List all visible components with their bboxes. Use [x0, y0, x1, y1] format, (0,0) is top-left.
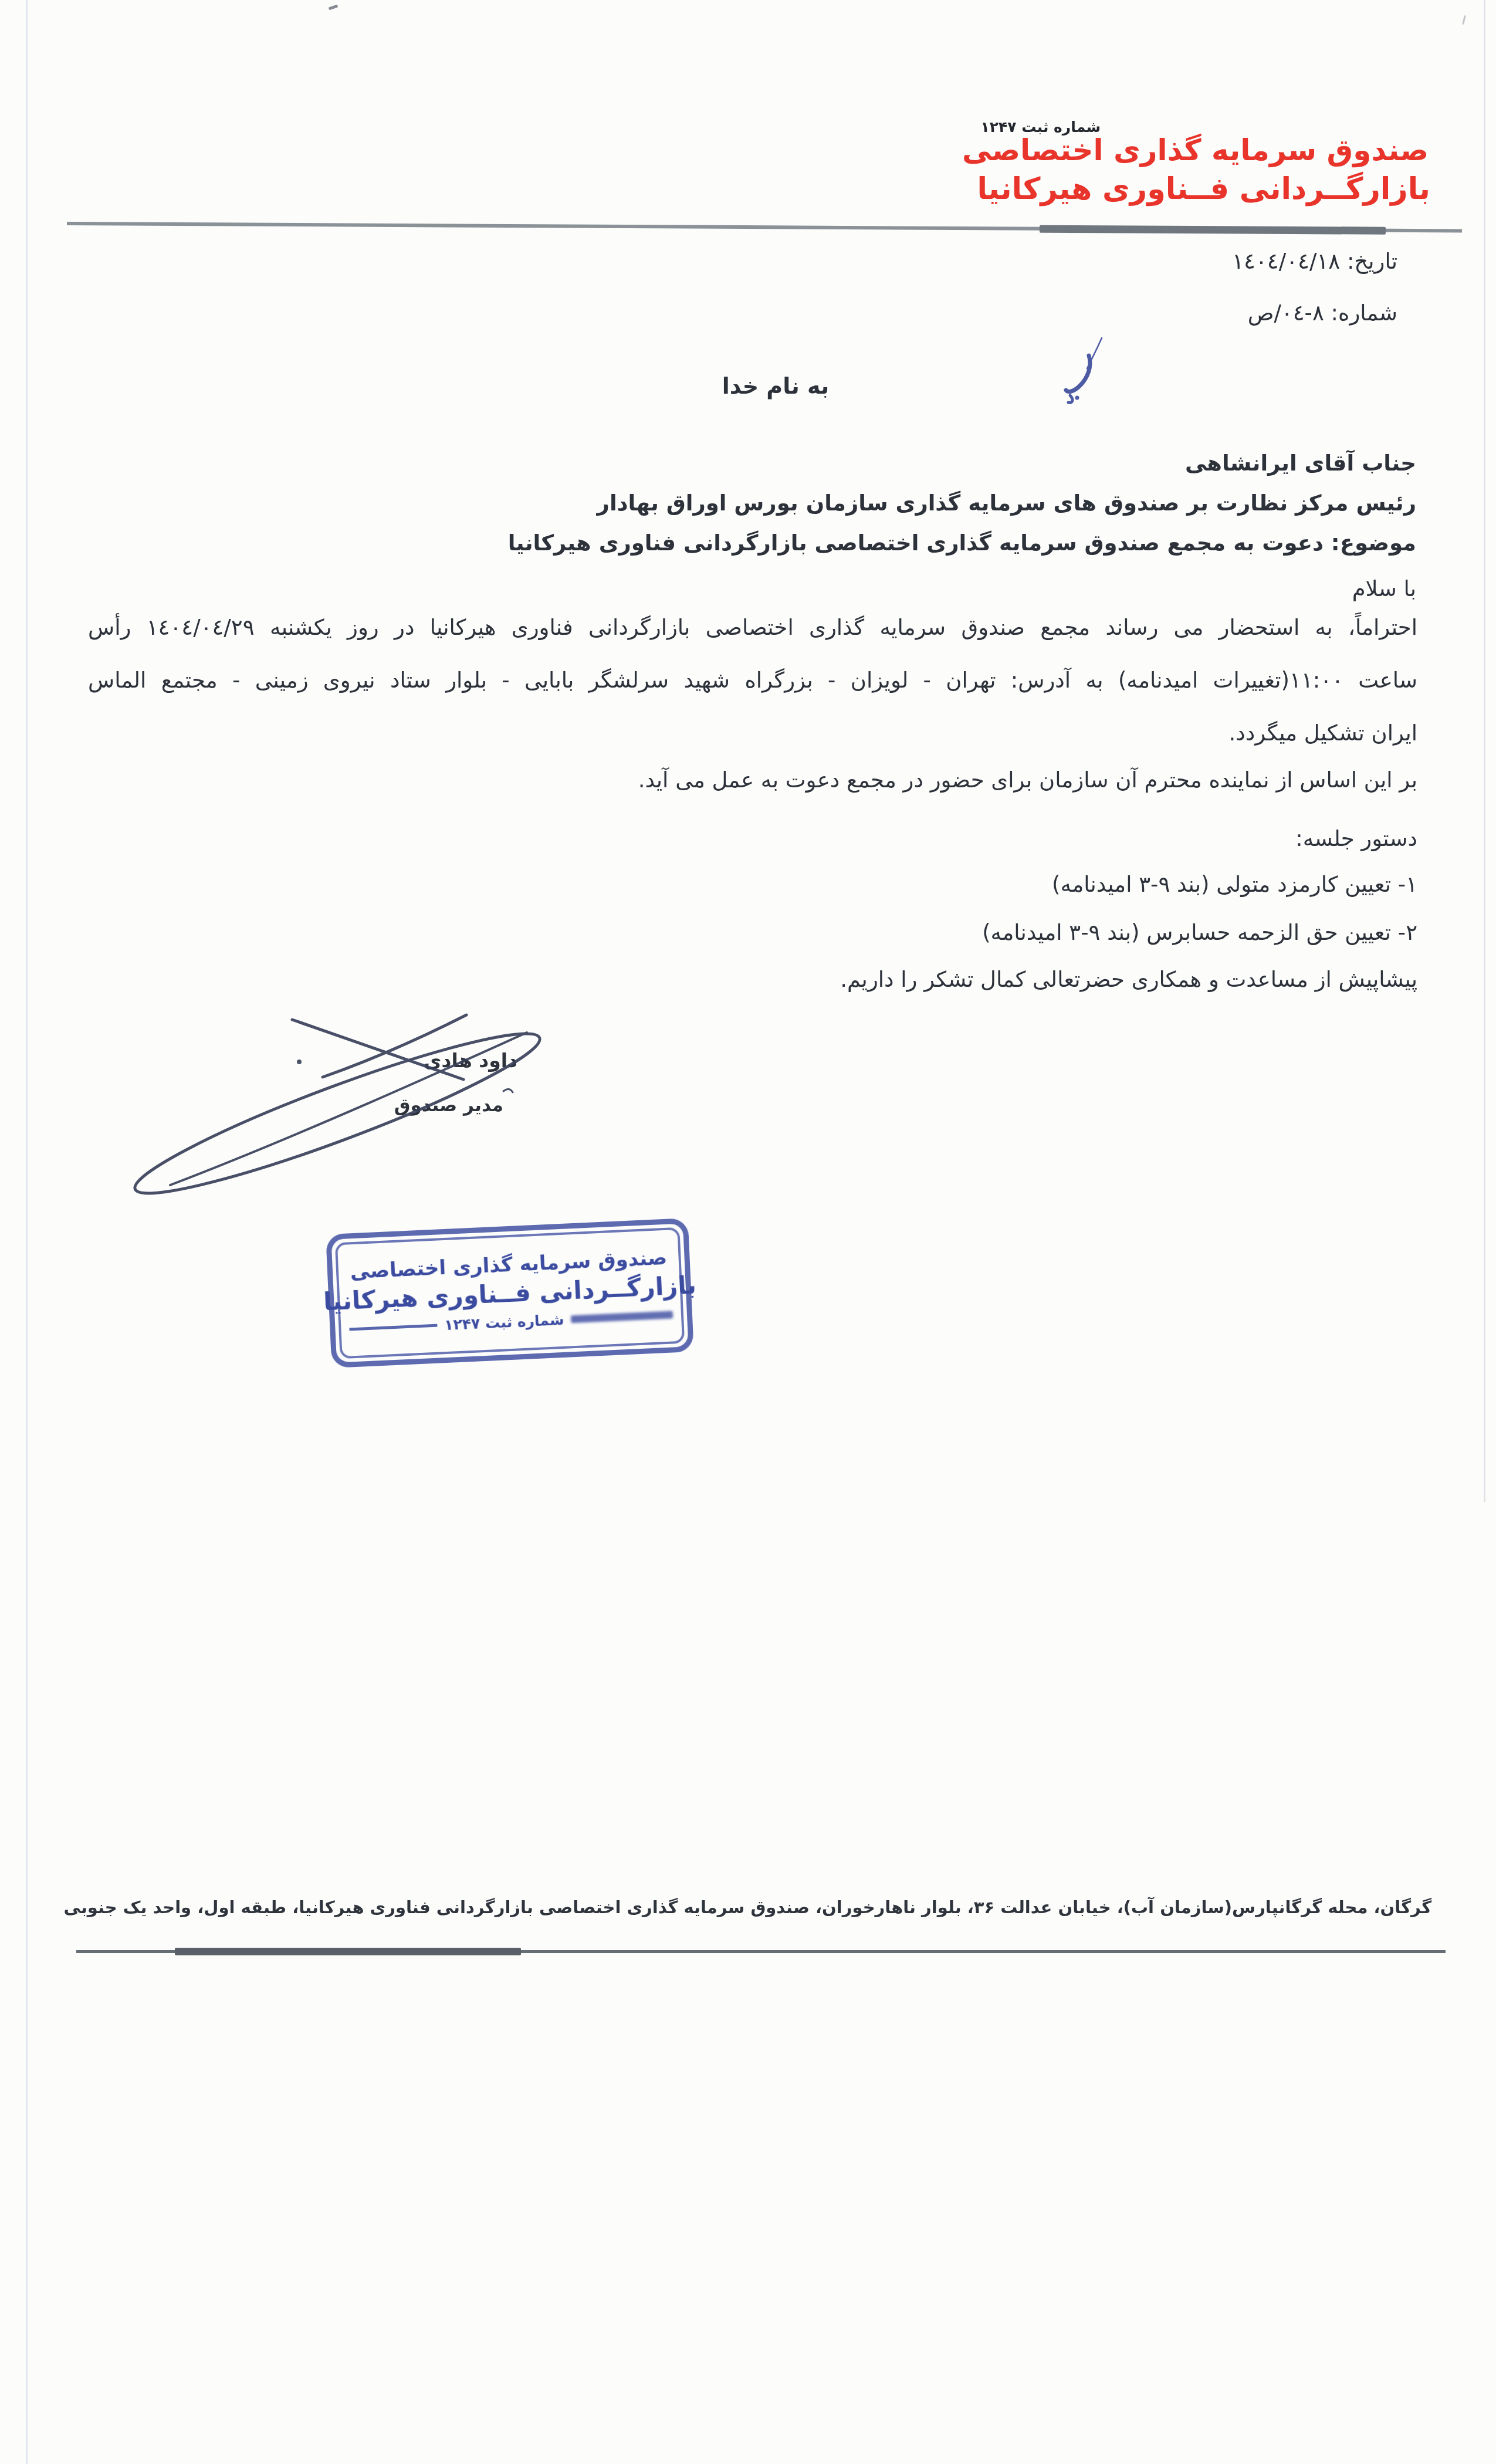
stamp-smudge-bar: [571, 1311, 673, 1323]
body-line-3: ایران تشکیل میگردد.: [88, 717, 1417, 750]
recipient-name: جناب آقای ایرانشاهی: [1185, 451, 1416, 476]
divider-thick-segment: [1040, 225, 1386, 235]
letterhead-org-name-line2: بازارگــردانی فــناوری هیرکانیا: [977, 171, 1430, 207]
stamp-inner-border: صندوق سرمایه گذاری اختصاصی بازارگــردانی…: [335, 1227, 685, 1359]
footer-rule-thick: [175, 1948, 521, 1955]
agenda-item-2: ٢- تعیین حق الزحمه حسابرس (بند ٩-٣ امیدن…: [88, 916, 1417, 949]
subject-line: موضوع: دعوت به مجمع صندوق سرمایه گذاری ا…: [508, 530, 1416, 556]
body-line-2: ساعت ١١:٠٠(تغییرات امیدنامه) به آدرس: ته…: [88, 664, 1417, 697]
scan-speck: [1462, 15, 1466, 25]
letterhead-divider-rule: [67, 219, 1462, 235]
official-stamp: صندوق سرمایه گذاری اختصاصی بازارگــردانی…: [326, 1218, 694, 1368]
scan-edge-line-left: [26, 0, 28, 2464]
agenda-item-1: ١- تعیین کارمزد متولی (بند ٩-٣ امیدنامه): [88, 868, 1417, 901]
signature-dot: [297, 1060, 302, 1064]
body-line-1: احتراماً، به استحضار می رساند مجمع صندوق…: [88, 611, 1417, 644]
recipient-title: رئیس مرکز نظارت بر صندوق های سرمایه گذار…: [597, 490, 1416, 516]
ink-dot: [1075, 396, 1079, 400]
scanned-letter-page: شماره ثبت ۱۲۴۷ صندوق سرمایه گذاری اختصاص…: [0, 0, 1496, 2464]
letter-number: شماره: ٨-٠٤/ص: [1248, 300, 1397, 326]
pen-ink-mark: [1060, 333, 1118, 415]
salutation: با سلام: [1352, 576, 1416, 601]
body-line-4: بر این اساس از نماینده محترم آن سازمان ب…: [88, 764, 1417, 797]
scan-edge-line-right: [1484, 0, 1485, 1502]
letterhead-org-name-line1: صندوق سرمایه گذاری اختصاصی: [962, 133, 1429, 168]
handwritten-signature: [123, 979, 710, 1219]
agenda-heading: دستور جلسه:: [88, 823, 1417, 855]
bismillah-heading: به نام خدا: [717, 373, 834, 399]
footer-address: گرگان، محله گرگانپارس(سازمان آب)، خیابان…: [65, 1897, 1431, 1917]
scan-speck: [329, 5, 339, 11]
stamp-rule-bar: [349, 1324, 437, 1331]
stamp-registration-number: شماره ثبت ۱۲۴۷: [444, 1311, 565, 1333]
letter-date: تاریخ: ١٤٠٤/٠٤/١٨: [1232, 249, 1397, 274]
